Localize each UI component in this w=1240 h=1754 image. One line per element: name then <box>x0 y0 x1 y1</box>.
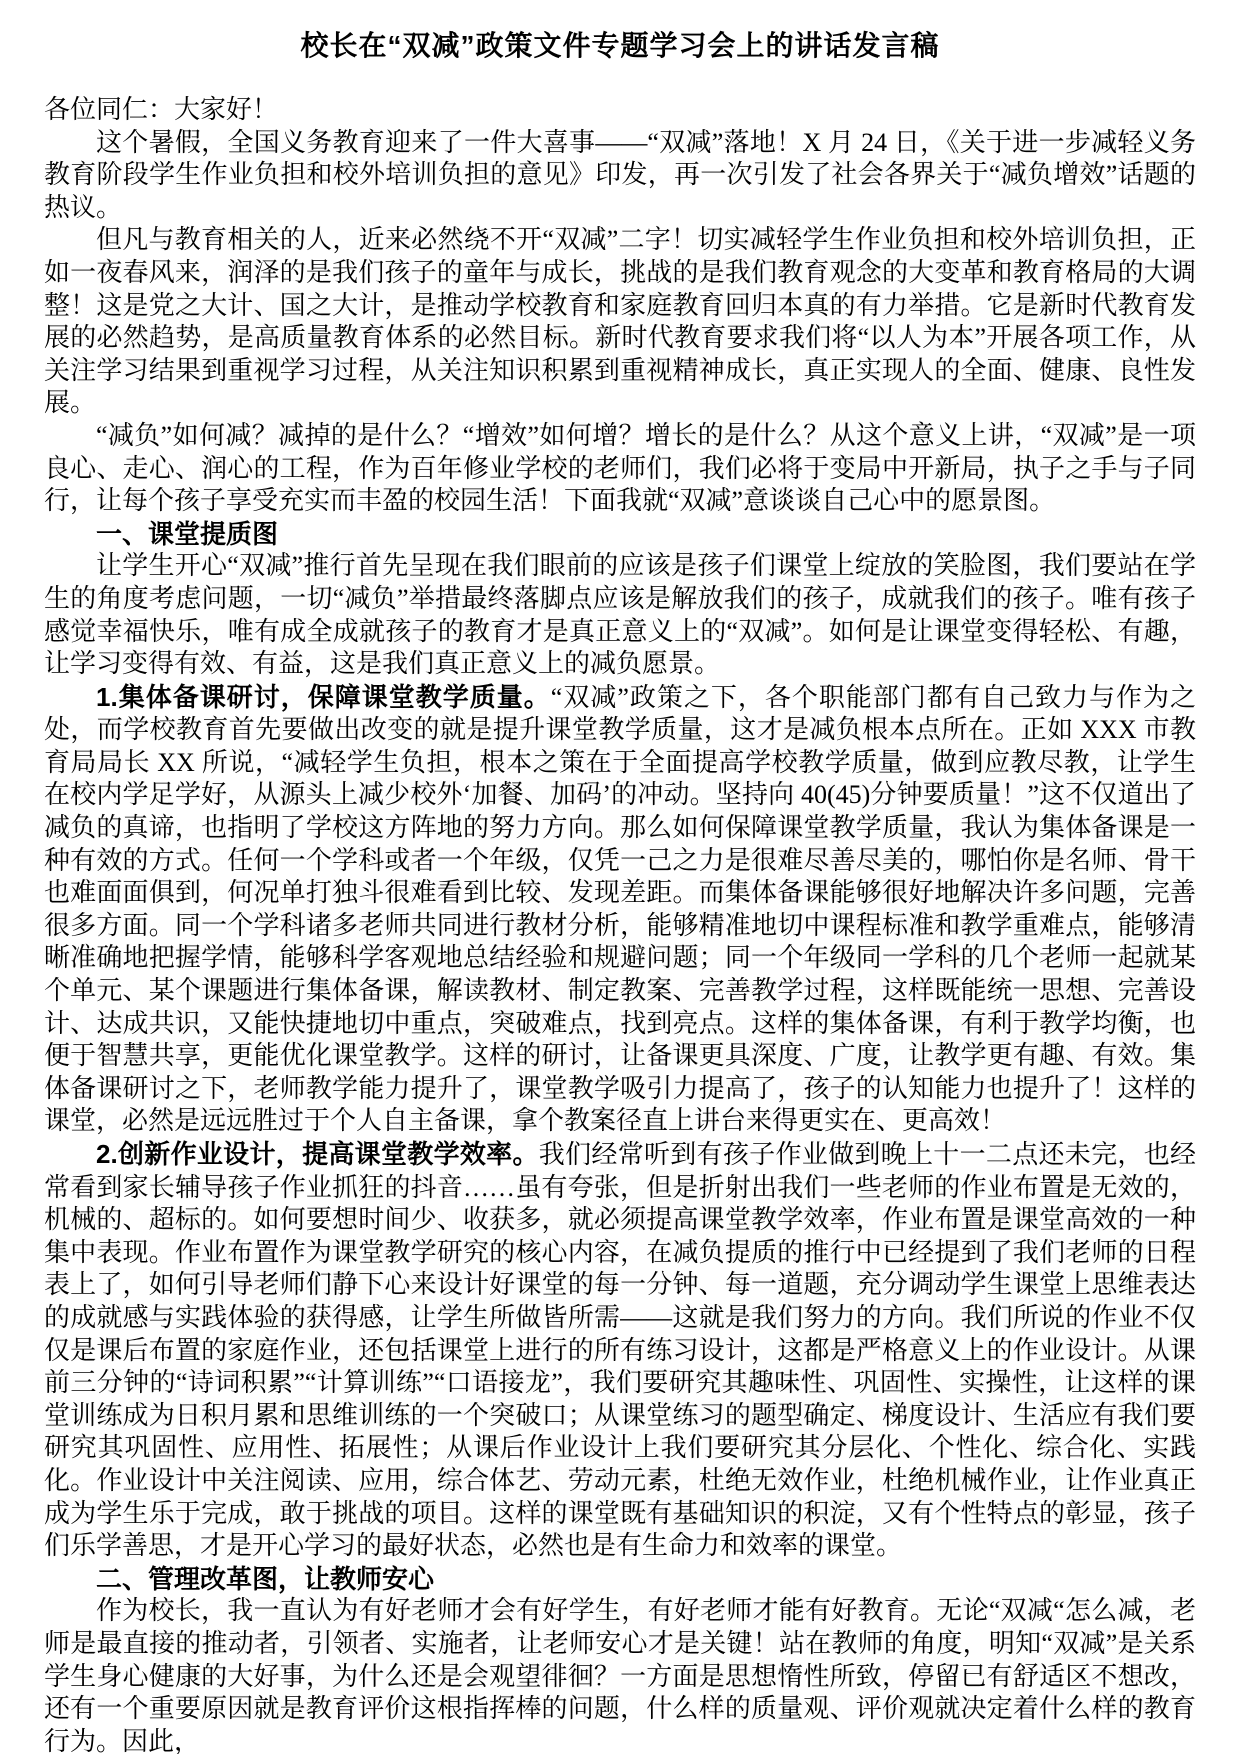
paragraph-lead: 2.创新作业设计，提高课堂教学效率。 <box>96 1139 539 1169</box>
paragraph: 作为校长，我一直认为有好老师才会有好学生，有好老师才能有好教育。无论“双减“怎么… <box>44 1595 1196 1754</box>
section-heading: 二、管理改革图，让教师安心 <box>44 1563 1196 1596</box>
paragraph: “减负”如何减？减掉的是什么？“增效”如何增？增长的是什么？从这个意义上讲，“双… <box>44 420 1196 518</box>
paragraph: 1.集体备课研讨，保障课堂教学质量。“双减”政策之下，各个职能部门都有自己致力与… <box>44 681 1196 1138</box>
paragraph: 2.创新作业设计，提高课堂教学效率。我们经常听到有孩子作业做到晚上十一二点还未完… <box>44 1138 1196 1563</box>
paragraph: 但凡与教育相关的人，近来必然绕不开“双减”二字！切实减轻学生作业负担和校外培训负… <box>44 224 1196 420</box>
document-page: 校长在“双减”政策文件专题学习会上的讲话发言稿 各位同仁：大家好！这个暑假，全国… <box>0 0 1240 1754</box>
document-body: 各位同仁：大家好！这个暑假，全国义务教育迎来了一件大喜事——“双减”落地！X 月… <box>44 94 1196 1754</box>
document-title: 校长在“双减”政策文件专题学习会上的讲话发言稿 <box>44 26 1196 66</box>
paragraph: 各位同仁：大家好！ <box>44 94 1196 127</box>
section-heading: 一、课堂提质图 <box>44 518 1196 551</box>
paragraph-lead: 1.集体备课研讨，保障课堂教学质量。 <box>96 682 551 712</box>
paragraph: 让学生开心“双减”推行首先呈现在我们眼前的应该是孩子们课堂上绽放的笑脸图，我们要… <box>44 550 1196 680</box>
paragraph: 这个暑假，全国义务教育迎来了一件大喜事——“双减”落地！X 月 24 日，《关于… <box>44 127 1196 225</box>
